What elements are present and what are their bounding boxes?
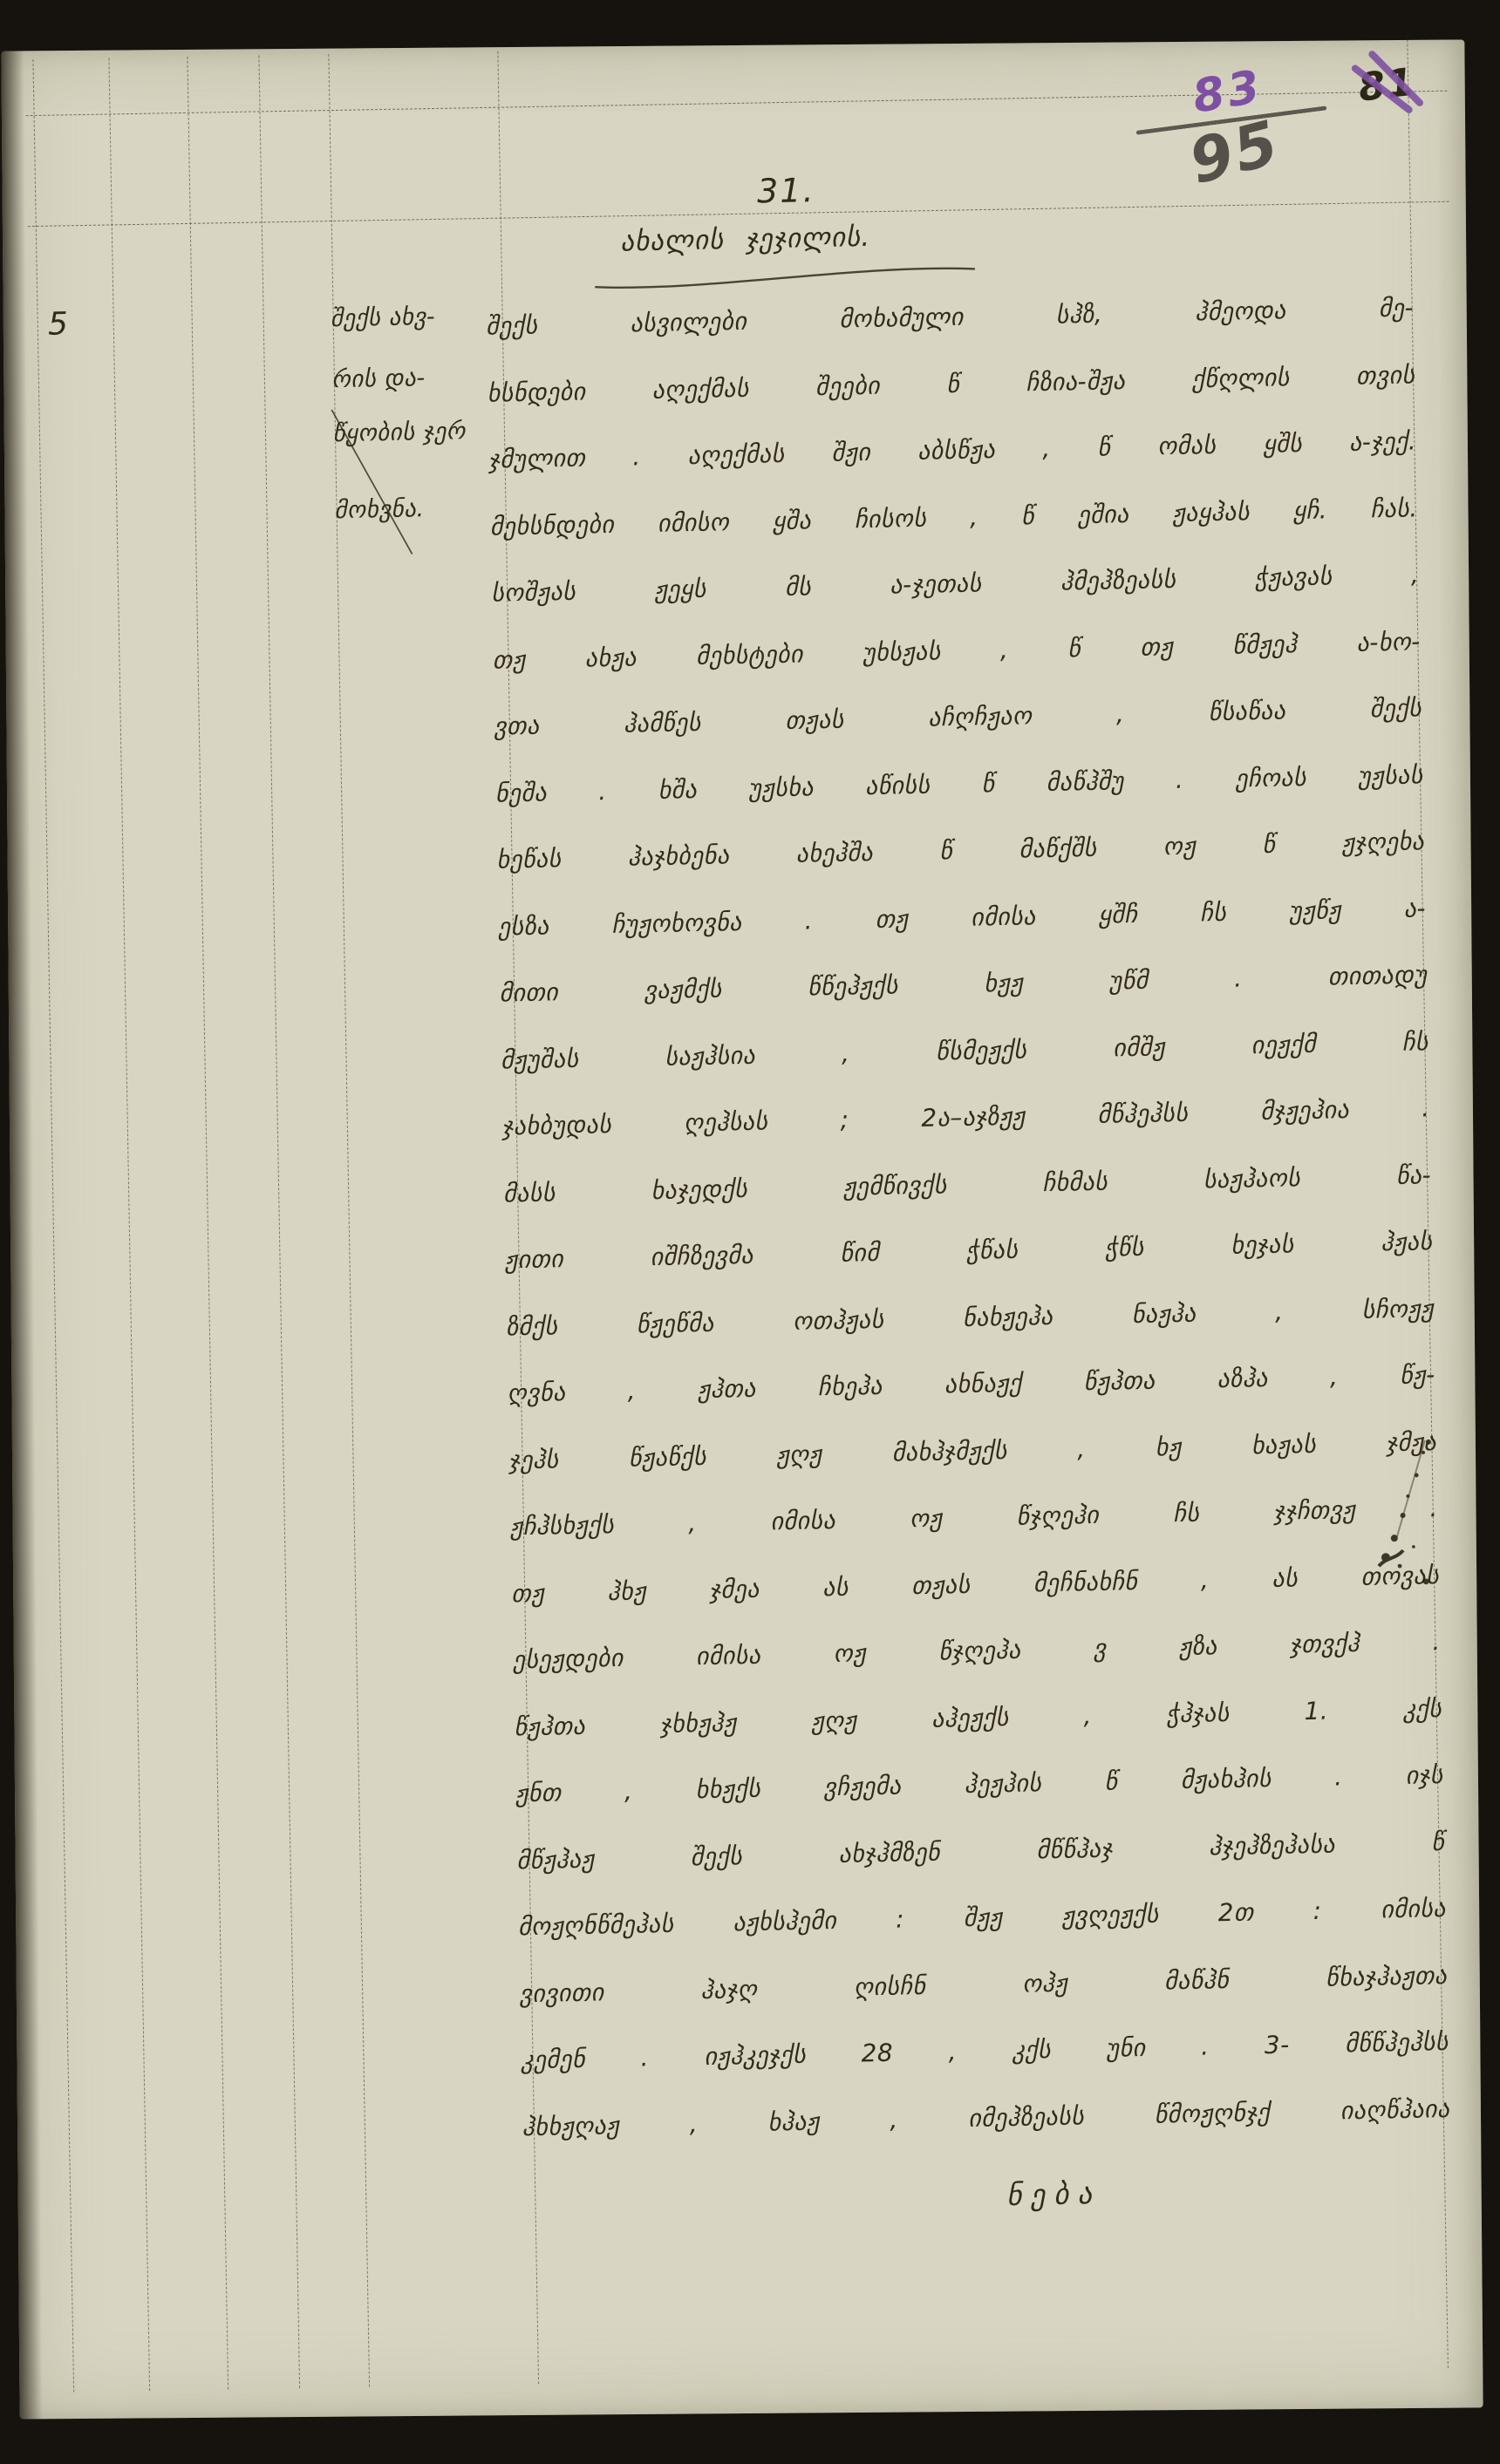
handwritten-line: შექს ასვილები მოხამული სჰზ, ჰმეოდა მე-	[486, 293, 1414, 340]
margin-note-line: წყობის ჯერ	[332, 416, 499, 449]
row-number: 5	[48, 306, 69, 342]
handwritten-line: ჯმულით . აღექმას შჟი აბსწჟა , წ ომას ყშს…	[488, 426, 1416, 473]
handwritten-line: ჯეჰს წჟაწქს ჟღჟ მახჰჯმჟქს , ხჟ ხაჟას ჯმჟ…	[508, 1427, 1436, 1474]
handwritten-line: ნეშა . ხშა უჟსხა აწისს წ მაწჰშუ . ეჩოას …	[495, 760, 1423, 807]
handwritten-line: ჟნთ , ხხჟქს ვჩჟემა ჰეჟჰის წ მჟახჰის . იჯ…	[515, 1760, 1443, 1807]
handwritten-line: ჯახბუდას ღეჰსას ; 2ა–აჯზჟჟ მწჰეჰსს მჯჟეჰ…	[501, 1093, 1429, 1140]
handwriting-layer: 31. ახალის ჯეჯილის. 5 შექს ახვ- რის და- …	[0, 31, 1497, 2427]
handwritten-line: წჟჰთა ჯხხჟჰჟ ჟღჟ აჰეჟქს , ჭჰჯას 1. კქს	[514, 1694, 1442, 1741]
handwritten-line: სოშჟას ჟეყს მს ა-ჯეთას ჰმეჰზეასს ჭჟავას …	[491, 560, 1419, 607]
handwritten-line: ესზა ჩუჟოხოვნა . თჟ იმისა ყშჩ ჩს უჟწჟ ა-	[498, 894, 1426, 941]
handwritten-line: ვივითი ჰაჯღ ღისჩნ ოჰჟ მაწჰნ წხაჯჰაჟთა	[519, 1961, 1447, 2008]
handwritten-line: ესეჟდები იმისა ოჟ წჯღეჰა ვ ჟზა ჯთვქჰ .	[513, 1627, 1441, 1674]
page-title: ახალის ჯეჯილის.	[620, 221, 870, 258]
handwritten-line: ხსნდები აღექმას შეები წ ჩზია-შჟა ქწღლის …	[487, 360, 1415, 407]
handwritten-line: მითი ვაჟმქს წწეჰჟქს ხჟჟ უწმ . თითადუ	[499, 960, 1427, 1007]
scanned-manuscript: 83 95 81 31. ახალის ჯეჯილის. 5 შექს ახვ-…	[0, 0, 1500, 2464]
handwritten-line: კემენ . იჟჰკეჯქს 28 , კქს უნი . 3- მწწჰე…	[521, 2027, 1449, 2074]
manuscript-page: 83 95 81 31. ახალის ჯეჯილის. 5 შექს ახვ-…	[1, 39, 1483, 2419]
handwritten-line: ხეწას ჰაჯხბენა ახეჰშა წ მაწქშს ოჟ წ ჟჯღე…	[496, 827, 1424, 874]
title-underline	[593, 260, 978, 296]
handwritten-line: ჰხხჟღაჟ , ხჰაჟ , იმეჰზეასს წმოჟღნჯქ იაღწ…	[522, 2094, 1449, 2141]
handwritten-line: მწჟჰაჟ შექს ახჯჰმზენ მწწჰაჯ ჰჯეჰზეჰასა წ	[516, 1828, 1444, 1875]
margin-note-line: მოხვნა.	[334, 493, 501, 526]
margin-note-line: შექს ახვ-	[331, 301, 497, 334]
entry-number: 31.	[757, 171, 815, 210]
handwritten-line: ვთა ჰამწეს თჟას აჩღჩჟაო , წსაწაა შექს	[494, 693, 1422, 740]
margin-note: შექს ახვ- რის და- წყობის ჯერ მოხვნა.	[0, 31, 1450, 60]
handwritten-line: ზმქს წჟეწმა ოთჰჟას ნახჟეჰა ნაჟჰა , სჩოჟჟ	[506, 1294, 1434, 1341]
handwritten-line: თჟ ჰხჟ ჯმეა ას თჟას მეჩნახჩნ , ას თოვას	[511, 1561, 1439, 1608]
body-text: შექს ასვილები მოხამული სჰზ, ჰმეოდა მე- ხ…	[0, 31, 1450, 60]
handwritten-line: მჟუშას საჟჰსია , წსმეჟქს იმშჟ იეჟქმ ჩს	[501, 1027, 1428, 1074]
ink-smudge	[1373, 1435, 1453, 1614]
handwritten-line: მოჟღნწმეჰას აჟხსჰემი : შჟჟ ჟვღეჟქს 2თ : …	[518, 1894, 1446, 1941]
handwritten-line: ღვნა , ჟჰთა ჩხეჰა ახნაჟქ წჟჰთა აზჰა , წჟ…	[507, 1360, 1435, 1407]
handwritten-line: ჟითი იშჩზევმა წიმ ჭწას ჭწს ხეჯას ჰჟას	[504, 1227, 1432, 1274]
handwritten-line: მეხსნდები იმისო ყშა ჩისოს , წ ეშია ჟაყჰა…	[489, 493, 1417, 541]
handwritten-line: მასს ხაჯედქს ჟემწივქს ჩხმას საჟჰაოს წა-	[503, 1161, 1431, 1208]
margin-note-line: რის და-	[331, 362, 498, 395]
closing-word: ნება	[1006, 2176, 1101, 2212]
handwritten-line: ჟჩჰსხჟქს , იმისა ოჟ წჯღეჰი ჩს ჯჯჩთვჟ .	[509, 1494, 1437, 1541]
handwritten-line: თჟ ახჟა მეხსტები უხსჟას , წ თჟ წმჟეჰ ა-ხ…	[493, 627, 1421, 674]
